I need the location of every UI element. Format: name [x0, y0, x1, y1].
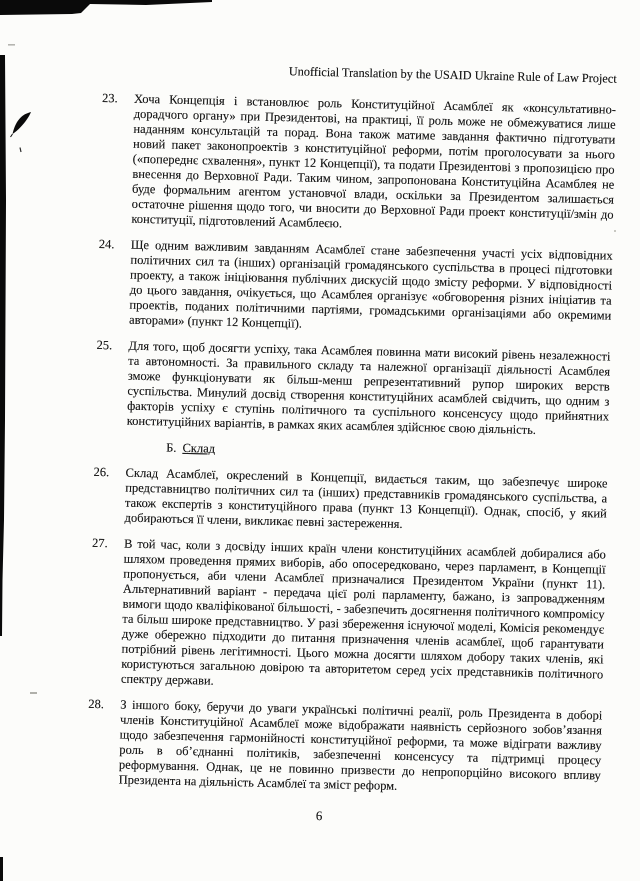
page-number: 6	[86, 803, 600, 830]
paragraph-item-28: 28. З іншого боку, беручи до уваги украї…	[87, 697, 603, 799]
paragraph-text: В той час, коли з досвіду інших країн чл…	[121, 537, 606, 688]
paragraph-item-26: 26. Склад Асамблеї, окреслений в Концепц…	[92, 465, 607, 537]
paragraph-number: 27.	[92, 536, 108, 551]
paragraph-text: Ще одним важливим завданням Асамблеї ста…	[129, 238, 613, 331]
section-heading: Б.Склад	[94, 439, 608, 466]
scan-speck	[30, 692, 37, 694]
paragraph-number: 28.	[88, 697, 104, 712]
scan-edge-left-band-icon	[0, 55, 6, 636]
scan-speck	[8, 44, 15, 46]
scan-speck	[614, 230, 616, 232]
paragraph-item-24: 24. Ще одним важливим завданням Асамблеї…	[97, 237, 613, 339]
paragraph-number: 26.	[93, 465, 109, 480]
section-letter: Б.	[166, 441, 177, 455]
paragraph-text: Склад Асамблеї, окреслений в Концепції, …	[124, 466, 607, 531]
document-content: Unofficial Translation by the USAID Ukra…	[86, 60, 617, 829]
translation-header: Unofficial Translation by the USAID Ukra…	[103, 60, 617, 87]
scan-edge-top-left-icon	[0, 0, 212, 15]
section-title: Склад	[182, 441, 215, 456]
paragraph-item-27: 27. В той час, коли з досвіду інших краї…	[89, 536, 606, 698]
paragraph-text: З іншого боку, беручи до уваги українськ…	[119, 698, 603, 793]
scanned-document-page: { "page": { "header": "Unofficial Transl…	[0, 0, 640, 881]
paragraph-text: Хоча Концепція і встановлює роль Констит…	[131, 92, 616, 231]
paragraph-item-23: 23. Хоча Концепція і встановлює роль Кон…	[99, 91, 616, 238]
quill-ink-mark-icon	[11, 112, 32, 152]
paragraph-item-25: 25. Для того, щоб досягти успіху, така А…	[95, 338, 611, 440]
paragraph-number: 25.	[96, 338, 112, 353]
scan-mark-bottom-left-icon	[0, 857, 3, 881]
paragraph-number: 24.	[99, 237, 115, 252]
paragraph-text: Для того, щоб досягти успіху, така Асамб…	[127, 339, 611, 437]
paragraph-number: 23.	[102, 91, 118, 106]
